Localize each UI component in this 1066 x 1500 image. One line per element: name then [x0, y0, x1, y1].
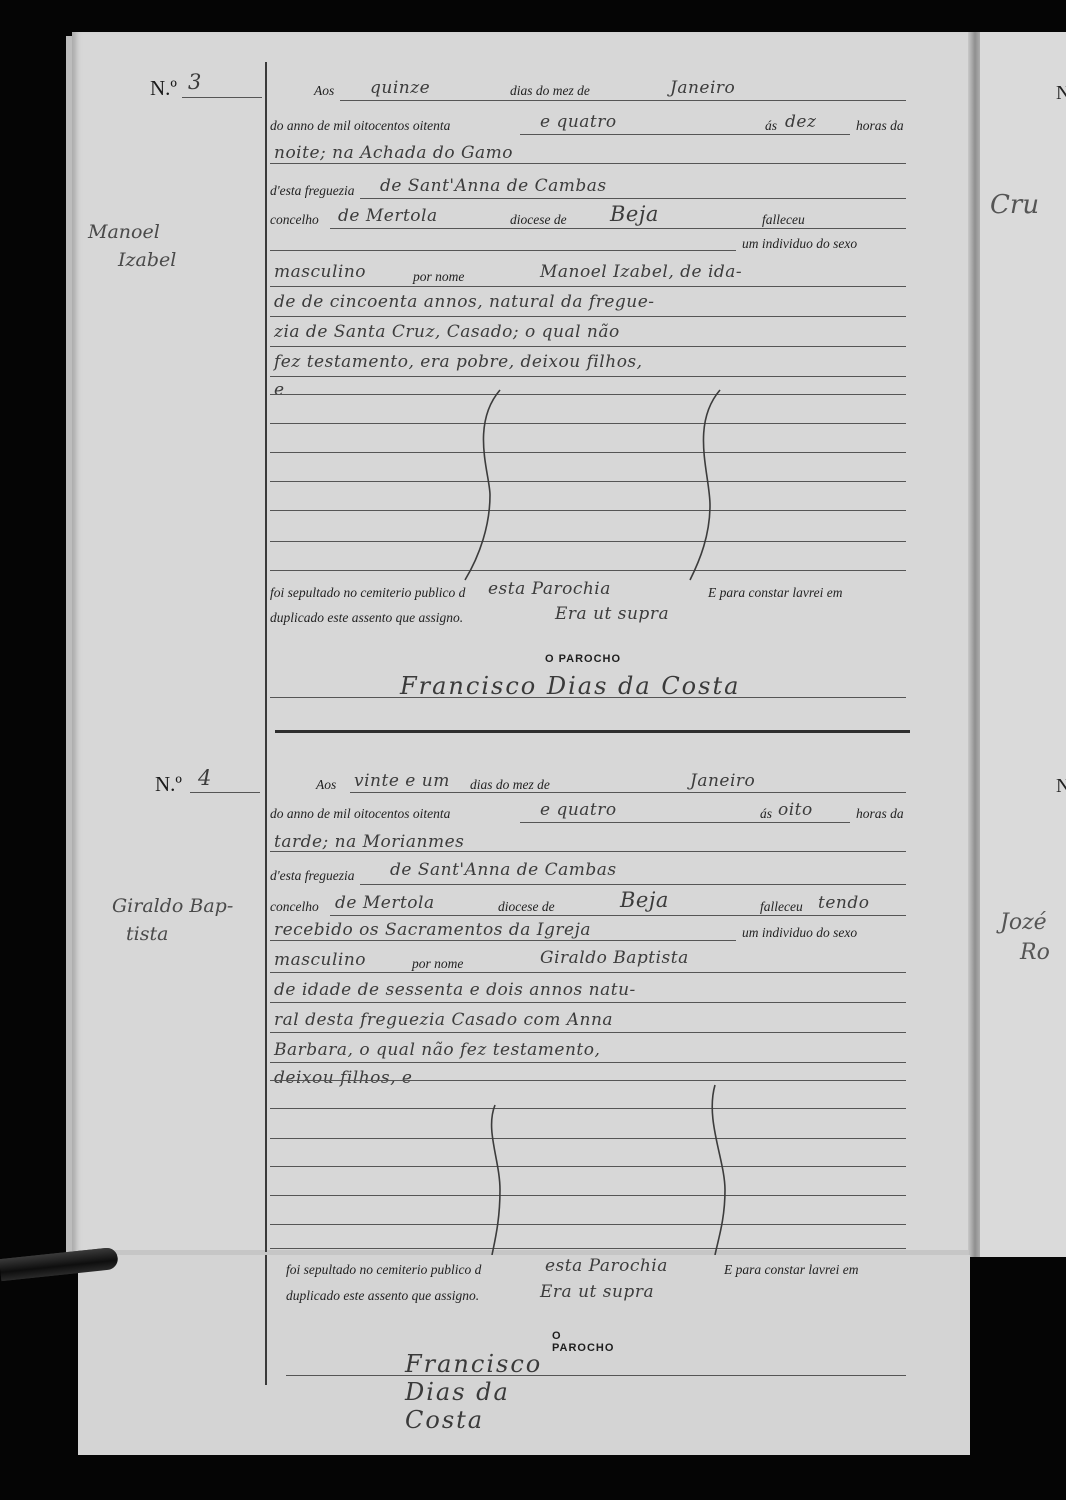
field-year: e quatro	[540, 112, 617, 132]
rule	[270, 940, 736, 941]
label-as: ás	[760, 806, 772, 822]
field-month: Janeiro	[670, 78, 735, 98]
rule	[270, 1062, 906, 1063]
field-name: Giraldo Baptista	[540, 948, 689, 968]
label-diocese: diocese de	[510, 212, 567, 228]
label-anno: do anno de mil oitocentos oitenta	[270, 118, 450, 134]
field-name: Manoel Izabel, de ida-	[540, 262, 742, 282]
field-after-falleceu: tendo	[818, 893, 869, 913]
field-falleceu-continued: recebido os Sacramentos da Igreja	[274, 920, 591, 940]
next-page-number-label: N	[1056, 775, 1066, 798]
label-parocho: O PAROCHO	[545, 653, 621, 665]
field-cemetery: esta Parochia	[488, 579, 611, 599]
rule	[270, 286, 906, 287]
rule	[270, 697, 906, 698]
next-page-margin-name: Jozé	[1000, 910, 1047, 935]
margin-name-line: Izabel	[88, 246, 176, 274]
label-aos: Aos	[316, 777, 336, 793]
field-text-line: e	[274, 380, 285, 400]
rule	[270, 250, 736, 251]
label-concelho: concelho	[270, 212, 319, 228]
field-sex: masculino	[274, 950, 366, 970]
margin-deceased-name: Giraldo Bap- tista	[112, 892, 233, 948]
label-sepultado: foi sepultado no cemiterio publico d	[286, 1262, 481, 1278]
rule	[360, 884, 906, 885]
rule	[270, 376, 906, 377]
label-horas-da: horas da	[856, 118, 904, 134]
rule	[270, 163, 906, 164]
entry-number: 4	[198, 766, 212, 790]
column-divider	[265, 1255, 267, 1385]
entry-number-label: N.º	[150, 76, 177, 101]
entry-number-label: N.º	[155, 772, 182, 797]
rule	[340, 100, 906, 101]
label-diocese: diocese de	[498, 899, 555, 915]
field-parish: de Sant'Anna de Cambas	[380, 176, 607, 196]
blank-line-strike-marks	[420, 385, 750, 585]
next-page-margin-name: Ro	[1020, 940, 1050, 965]
label-aos: Aos	[314, 83, 334, 99]
rule	[270, 316, 906, 317]
next-page-number-label: N	[1056, 82, 1066, 105]
rule	[360, 198, 906, 199]
label-parocho: O PAROCHO	[552, 1330, 614, 1354]
margin-name-line: tista	[112, 920, 233, 948]
field-day: quinze	[370, 78, 430, 98]
margin-name-line: Manoel	[88, 218, 176, 246]
label-por-nome: por nome	[413, 269, 464, 285]
priest-signature: Francisco Dias da Costa	[400, 672, 740, 700]
label-falleceu: falleceu	[760, 899, 803, 915]
field-year: e quatro	[540, 800, 617, 820]
label-freguezia: d'esta freguezia	[270, 868, 355, 884]
label-duplicado: duplicado este assento que assigno.	[270, 610, 463, 626]
field-period-place: tarde; na Morianmes	[274, 832, 464, 852]
field-text-line: ral desta freguezia Casado com Anna	[274, 1010, 613, 1030]
field-closing: Era ut supra	[555, 604, 669, 624]
field-diocese: Beja	[620, 888, 669, 912]
blank-line-strike-marks	[440, 1080, 770, 1255]
field-month: Janeiro	[690, 771, 755, 791]
field-concelho: de Mertola	[338, 206, 438, 226]
field-hour: dez	[785, 112, 816, 132]
field-text-line: de de cincoenta annos, natural da fregue…	[274, 292, 655, 312]
rule	[270, 851, 906, 852]
rule	[520, 822, 850, 823]
label-as: ás	[765, 118, 777, 134]
label-freguezia: d'esta freguezia	[270, 183, 355, 199]
field-text-line: zia de Santa Cruz, Casado; o qual não	[274, 322, 620, 342]
label-individuo: um individuo do sexo	[742, 925, 857, 941]
field-concelho: de Mertola	[335, 893, 435, 913]
rule	[270, 346, 906, 347]
label-anno: do anno de mil oitocentos oitenta	[270, 806, 450, 822]
field-sex: masculino	[274, 262, 366, 282]
label-individuo: um individuo do sexo	[742, 236, 857, 252]
label-concelho: concelho	[270, 899, 319, 915]
label-duplicado: duplicado este assento que assigno.	[286, 1288, 479, 1304]
rule	[190, 792, 260, 793]
next-page-margin-name: Cru	[990, 190, 1039, 220]
rule	[270, 1002, 906, 1003]
label-dias-do-mez: dias do mez de	[470, 777, 550, 793]
field-text-line: de idade de sessenta e dois annos natu-	[274, 980, 636, 1000]
margin-deceased-name: Manoel Izabel	[88, 218, 176, 274]
field-closing: Era ut supra	[540, 1282, 654, 1302]
label-sepultado: foi sepultado no cemiterio publico d	[270, 585, 465, 601]
rule	[182, 97, 262, 98]
priest-signature: Francisco Dias da Costa	[405, 1350, 542, 1434]
field-text-line: deixou filhos, e	[274, 1068, 413, 1088]
field-period-place: noite; na Achada do Gamo	[274, 143, 513, 163]
label-falleceu: falleceu	[762, 212, 805, 228]
label-por-nome: por nome	[412, 956, 463, 972]
label-horas-da: horas da	[856, 806, 904, 822]
field-parish: de Sant'Anna de Cambas	[390, 860, 617, 880]
rule	[270, 1032, 906, 1033]
margin-name-line: Giraldo Bap-	[112, 892, 233, 920]
field-diocese: Beja	[610, 202, 659, 226]
field-day: vinte e um	[354, 771, 450, 791]
field-text-line: fez testamento, era pobre, deixou filhos…	[274, 352, 643, 372]
column-divider	[265, 62, 267, 1252]
label-dias-do-mez: dias do mez de	[510, 83, 590, 99]
field-text-line: Barbara, o qual não fez testamento,	[274, 1040, 600, 1060]
entry-number: 3	[188, 70, 202, 94]
entry-separator	[275, 730, 910, 733]
rule	[350, 792, 906, 793]
rule	[270, 972, 906, 973]
label-para-constar: E para constar lavrei em	[708, 585, 842, 601]
label-para-constar: E para constar lavrei em	[724, 1262, 858, 1278]
field-hour: oito	[778, 800, 813, 820]
rule	[330, 915, 906, 916]
rule	[520, 134, 850, 135]
field-cemetery: esta Parochia	[545, 1256, 668, 1276]
rule	[330, 228, 906, 229]
rule	[286, 1375, 906, 1376]
